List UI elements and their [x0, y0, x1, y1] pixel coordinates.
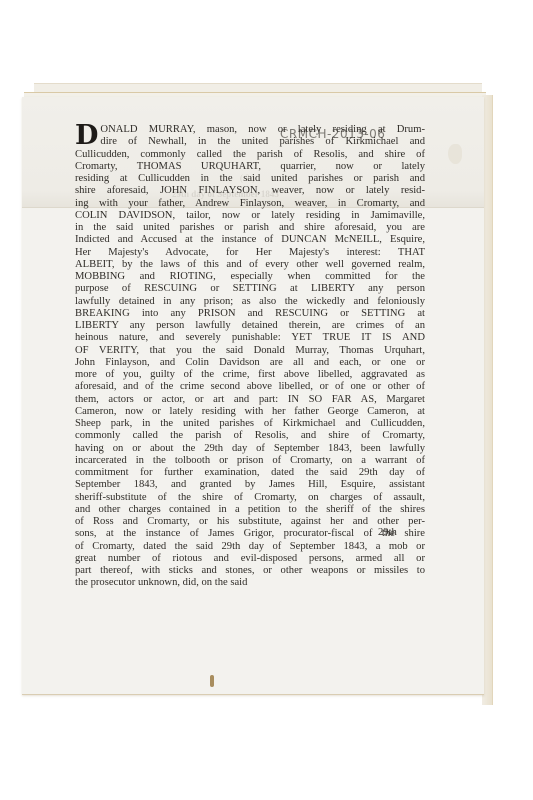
text-line: commonly called the parish of Resolis, a… [75, 430, 425, 442]
text-line: Her Majesty's Advocate, for Her Majesty'… [75, 247, 425, 259]
text-line: more of you, guilty of the crime, first … [75, 369, 425, 381]
text-line: ONALD MURRAY, mason, now or lately resid… [75, 124, 425, 136]
text-line: lawfully detained in any prison; as also… [75, 296, 425, 308]
text-line: OF VERITY, that you the said Donald Murr… [75, 345, 425, 357]
drop-cap: D [75, 125, 98, 147]
text-line: the prosecutor unknown, did, on the said [75, 577, 425, 589]
text-line: BREAKING into any PRISON and RESCUING or… [75, 308, 425, 320]
text-line: great number of riotous and evil-dispose… [75, 553, 425, 565]
text-line: Sheep park, in the united parishes of Ki… [75, 418, 425, 430]
text-line: heinous nature, and severely punishable:… [75, 332, 425, 344]
text-line: incarcerated in the tolbooth or prison o… [75, 455, 425, 467]
text-line: commitment for further examination, date… [75, 467, 425, 479]
text-line: of Ross and Cromarty, or his substitute,… [75, 516, 425, 528]
text-line: COLIN DAVIDSON, tailor, now or lately re… [75, 210, 425, 222]
text-line: having on or about the 29th day of Septe… [75, 443, 425, 455]
text-line: of Cromarty, dated the said 29th day of … [75, 541, 425, 553]
text-line: dire of Newhall, in the united parishes … [75, 136, 425, 148]
paper-tear [210, 675, 214, 687]
text-line: September 1843, and granted by James Hil… [75, 479, 425, 491]
text-line: Cullicudden, commonly called the parish … [75, 149, 425, 161]
text-line: residing at Cullicudden in the said unit… [75, 173, 425, 185]
text-line: Indicted and Accused at the instance of … [75, 234, 425, 246]
text-line: them, actors or actor, or art and part: … [75, 394, 425, 406]
text-line: John Finlayson, and Colin Davidson are a… [75, 357, 425, 369]
text-line: shire aforesaid, JOHN FINLAYSON, weaver,… [75, 185, 425, 197]
text-line: aforesaid, and of the crime second above… [75, 381, 425, 393]
text-line: MOBBING and RIOTING, especially when com… [75, 271, 425, 283]
text-line: purpose of RESCUING or SETTING at LIBERT… [75, 283, 425, 295]
text-line: part thereof, with sticks and stones, or… [75, 565, 425, 577]
paper-stain [448, 144, 462, 164]
text-line: and other charges contained in a petitio… [75, 504, 425, 516]
text-line: LIBERTY any person lawfully detained the… [75, 320, 425, 332]
text-line: in the said united parishes or parish an… [75, 222, 425, 234]
text-line: Cameron, now or lately residing with her… [75, 406, 425, 418]
text-line: Cromarty, THOMAS URQUHART, quarrier, now… [75, 161, 425, 173]
text-line: sheriff-substitute of the shire of Croma… [75, 492, 425, 504]
text-line: sons, at the instance of James Grigor, p… [75, 528, 425, 540]
catchword: 29th [378, 527, 397, 538]
indictment-text: D ONALD MURRAY, mason, now or lately res… [75, 124, 425, 590]
text-line: ALBEIT, by the laws of this and of every… [75, 259, 425, 271]
text-line: ing with your father, Andrew Finlayson, … [75, 198, 425, 210]
